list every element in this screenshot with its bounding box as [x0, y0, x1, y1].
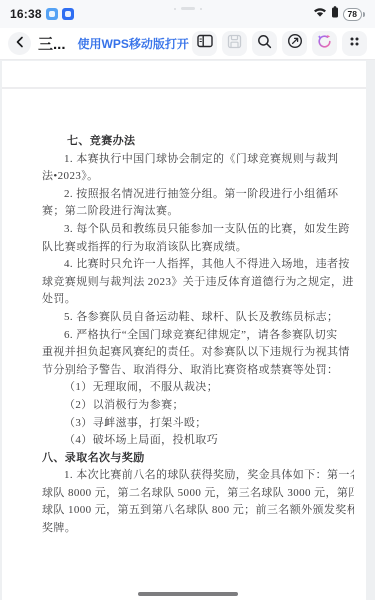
- search-icon: [257, 34, 272, 54]
- doc-line: 节分别给予警告、取消得分、取消比赛资格或禁赛等处罚：: [42, 362, 354, 380]
- document-text: 七、竞赛办法1. 本赛执行中国门球协会制定的《门球竞赛规则与裁判法•2023》。…: [42, 133, 354, 538]
- doc-line: 5. 各参赛队员自备运动鞋、球杆、队长及教练员标志；: [42, 309, 354, 327]
- toolbar: 三... 使用WPS移动版打开: [0, 28, 375, 60]
- doc-line: 球竞赛规则与裁判法 2023》关于违反体育道德行为之规定，进行: [42, 274, 354, 292]
- sidebar-panel-button[interactable]: [192, 31, 217, 56]
- doc-line: 2. 按照报名情况进行抽签分组。第一阶段进行小组循环: [42, 186, 354, 204]
- grid-dots-icon: [348, 35, 361, 53]
- save-button[interactable]: [222, 31, 247, 56]
- more-options-button[interactable]: [342, 31, 367, 56]
- doc-line: 赛；第二阶段进行淘汰赛。: [42, 203, 354, 221]
- doc-line: 法•2023》。: [42, 168, 354, 186]
- doc-line: 3. 每个队员和教练员只能参加一支队伍的比赛，如发生跨: [42, 221, 354, 239]
- clock: 16:38: [10, 7, 42, 21]
- doc-line: （4）破坏场上局面，投机取巧: [42, 432, 354, 450]
- battery-percent-badge: 78: [343, 8, 365, 21]
- back-chevron-icon: [14, 35, 26, 53]
- wifi-icon: [313, 5, 327, 23]
- back-button[interactable]: [8, 32, 31, 55]
- doc-heading-line: 八、录取名次与奖励: [42, 450, 354, 468]
- doc-line: 1. 本赛执行中国门球协会制定的《门球竞赛规则与裁判: [42, 151, 354, 169]
- status-right: 78: [313, 5, 365, 23]
- sidebar-panel-icon: [197, 34, 213, 53]
- doc-line: 6. 严格执行“全国门球竞赛纪律规定”，请各参赛队切实: [42, 327, 354, 345]
- doc-line: （1）无理取闹，不服从裁决；: [42, 379, 354, 397]
- toolbar-icon-group: [192, 31, 367, 56]
- doc-line: （2）以消极行为参赛；: [42, 397, 354, 415]
- battery-percent-value: 78: [343, 8, 362, 21]
- doc-line: 球队 1000 元，第五到第八名球队 800 元；前三名额外颁发奖杯及: [42, 502, 354, 520]
- home-indicator[interactable]: [138, 592, 238, 596]
- notification-app-icon: [46, 8, 58, 20]
- notification-app-icon: [62, 8, 74, 20]
- status-left: 16:38: [10, 7, 74, 21]
- ai-refresh-button[interactable]: [312, 31, 337, 56]
- phone-screen: 16:38 78: [0, 0, 375, 600]
- doc-line: （3）寻衅滋事，打架斗殴；: [42, 415, 354, 433]
- search-button[interactable]: [252, 31, 277, 56]
- status-bar: 16:38 78: [0, 0, 375, 28]
- battery-vertical-icon: [331, 5, 339, 23]
- doc-line: 球队 8000 元，第二名球队 5000 元，第三名球队 3000 元，第四名: [42, 485, 354, 503]
- ai-refresh-icon: [316, 33, 333, 55]
- camera-notch: [174, 7, 202, 10]
- document-viewport[interactable]: 七、竞赛办法1. 本赛执行中国门球协会制定的《门球竞赛规则与裁判法•2023》。…: [0, 61, 375, 600]
- compass-share-icon: [287, 33, 303, 54]
- document-page: 七、竞赛办法1. 本赛执行中国门球协会制定的《门球竞赛规则与裁判法•2023》。…: [2, 61, 366, 600]
- doc-line: 队比赛或指挥的行为取消该队比赛成绩。: [42, 239, 354, 257]
- doc-heading-line: 七、竞赛办法: [42, 133, 354, 151]
- document-title-truncated[interactable]: 三...: [38, 33, 66, 54]
- doc-line: 4. 比赛时只允许一人指挥，其他人不得进入场地，违者按《门: [42, 256, 354, 274]
- doc-line: 1. 本次比赛前八名的球队获得奖励，奖金具体如下：第一名: [42, 467, 354, 485]
- page-separator: [2, 87, 366, 89]
- doc-line: 处罚。: [42, 291, 354, 309]
- share-compass-button[interactable]: [282, 31, 307, 56]
- doc-line: 重视并担负起赛风赛纪的责任。对参赛队以下违规行为视其情: [42, 344, 354, 362]
- open-with-wps-link[interactable]: 使用WPS移动版打开: [78, 35, 189, 52]
- save-floppy-icon: [227, 34, 242, 54]
- doc-line: 奖牌。: [42, 520, 354, 538]
